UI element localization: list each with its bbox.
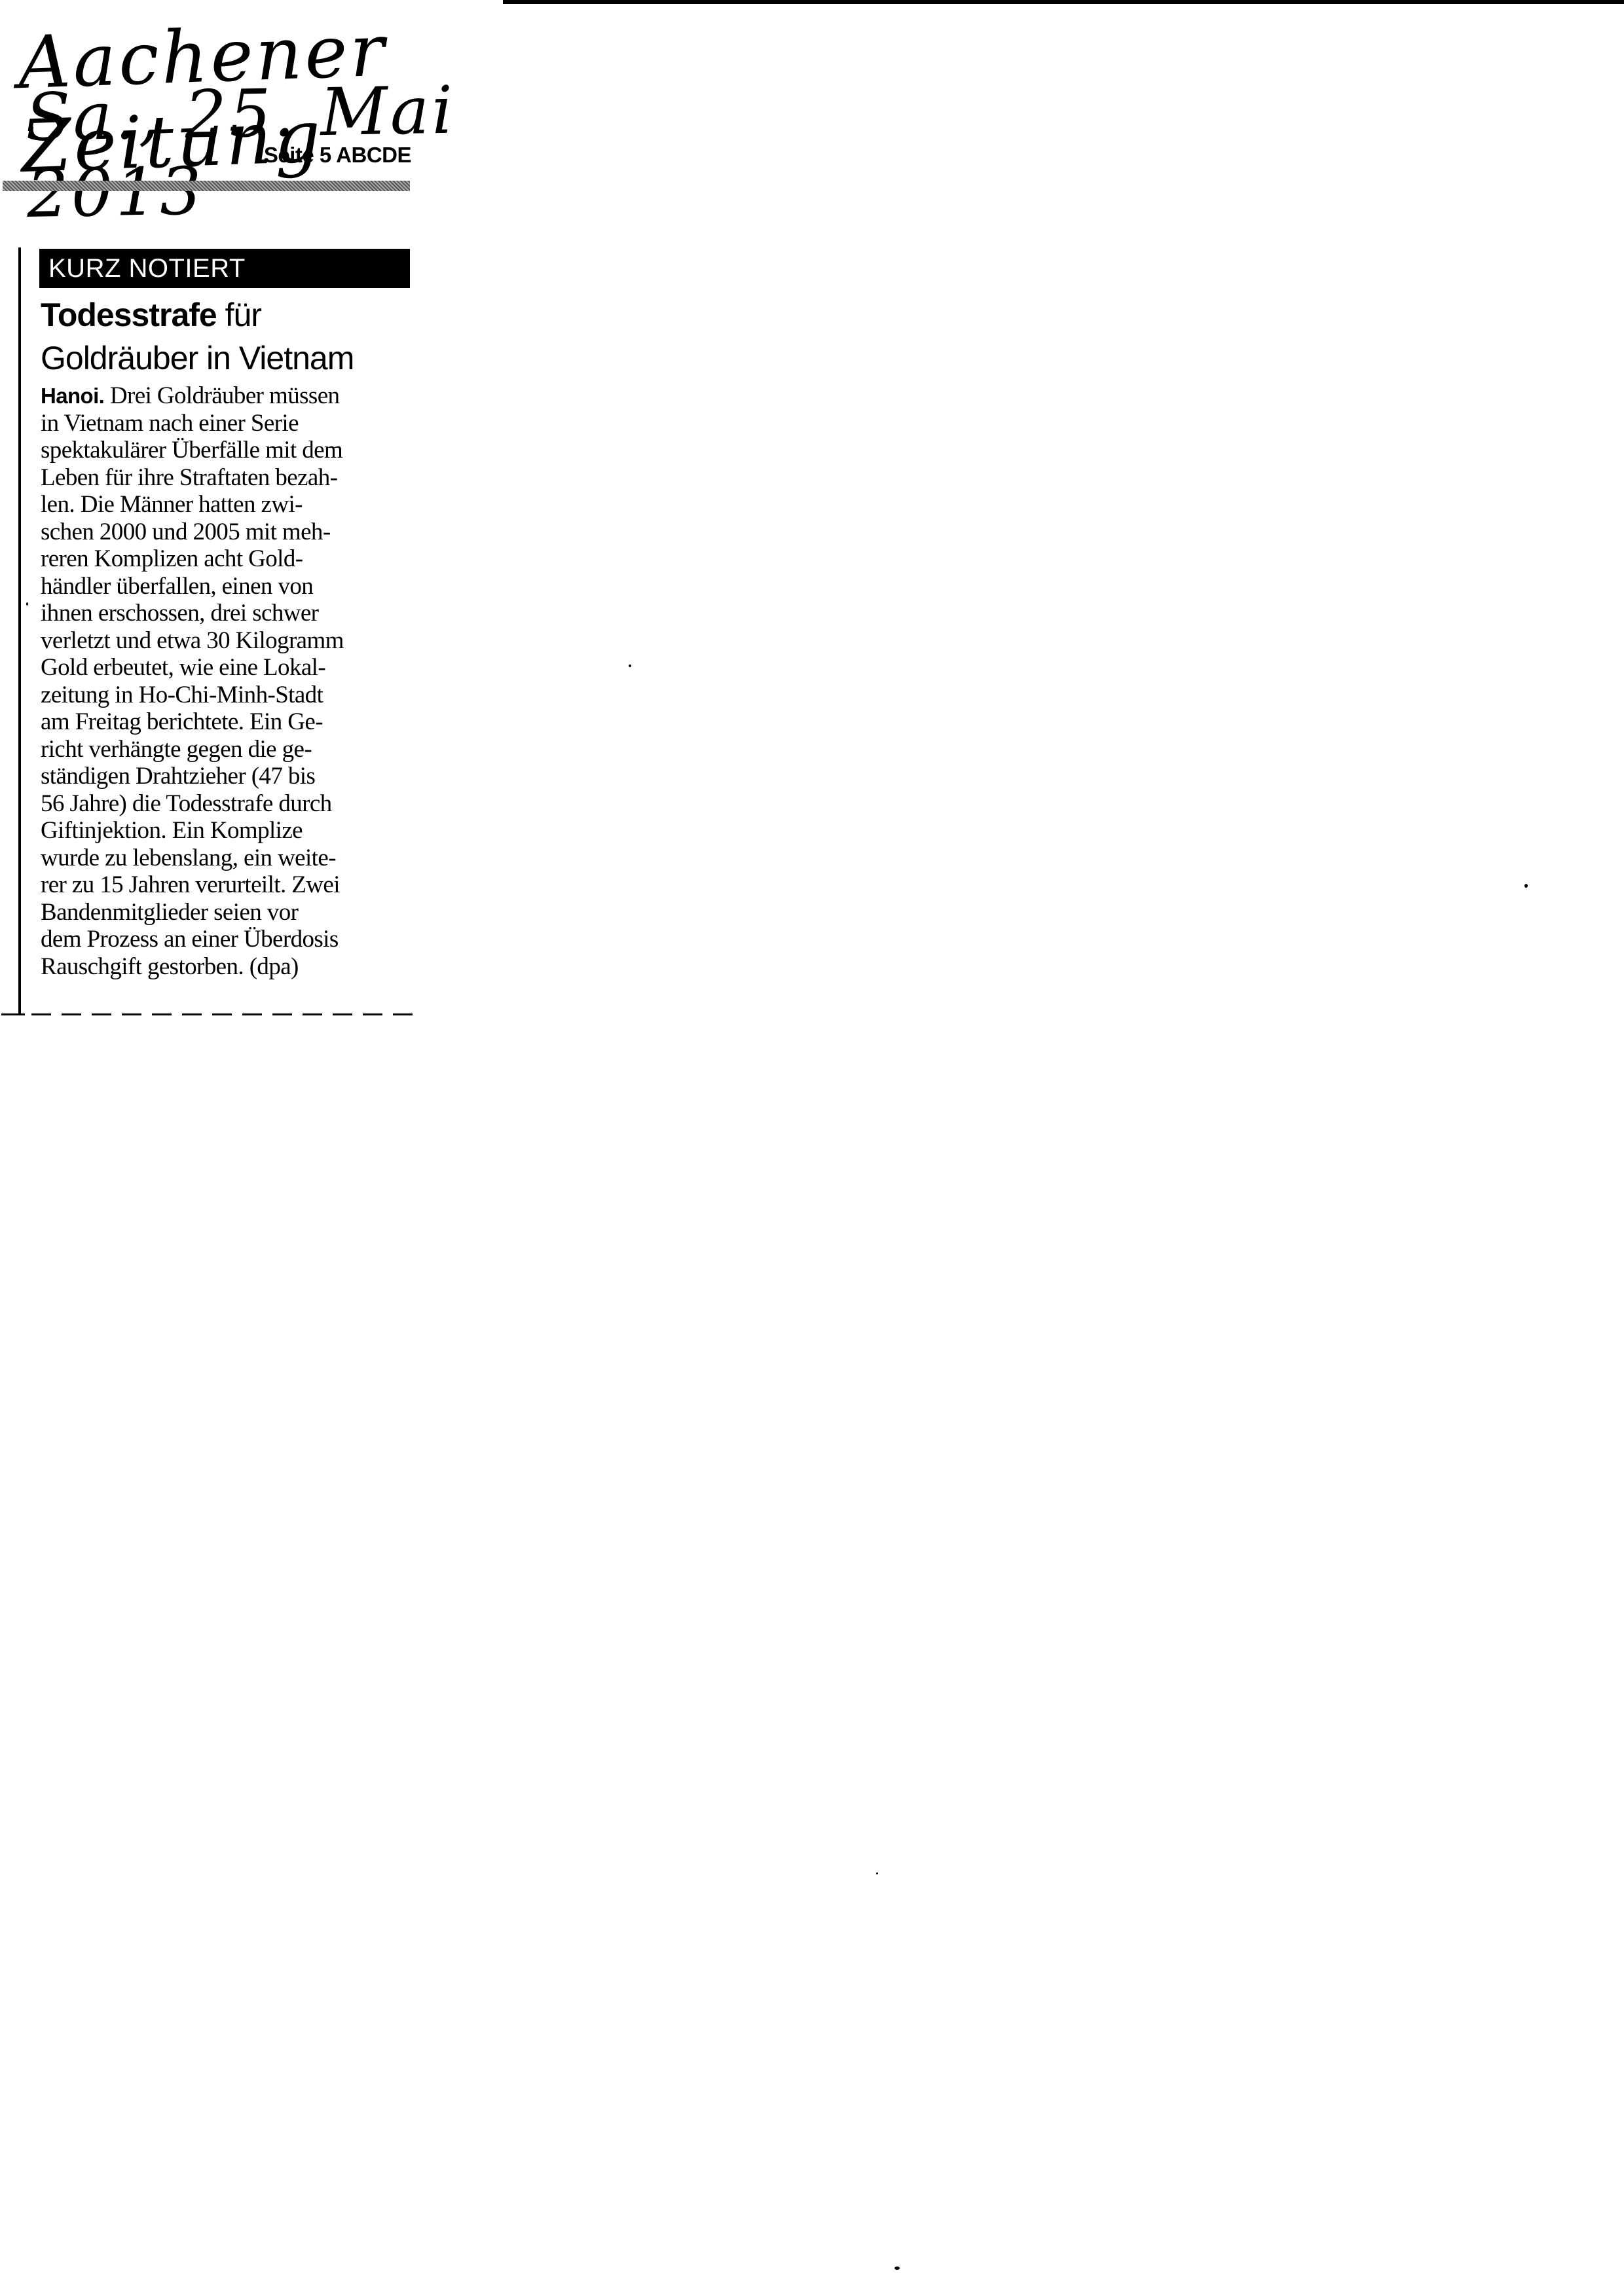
body-line: richt verhängte gegen die ge- [41,736,427,763]
article-headline: Todesstrafe für Goldräuber in Vietnam [41,293,414,380]
body-line: ihnen erschossen, drei schwer [41,600,427,627]
body-line: verletzt und etwa 30 Kilogramm [41,627,427,655]
body-line: rer zu 15 Jahren verurteilt. Zwei [41,871,427,899]
body-line: reren Komplizen acht Gold- [41,545,427,573]
scan-speck [876,1872,878,1874]
dateline: Hanoi. [41,384,104,408]
section-label: KURZ NOTIERT [39,249,410,288]
body-line: len. Die Männer hatten zwi- [41,491,427,519]
body-line: Bandenmitglieder seien vor [41,899,427,926]
body-line: am Freitag berichtete. Ein Ge- [41,708,427,736]
body-line: ständigen Drahtzieher (47 bis [41,763,427,790]
body-line: 56 Jahre) die Todesstrafe durch [41,790,427,818]
scan-speck [1524,884,1528,888]
page-header-rule [3,181,410,191]
page-reference: Seite 5 ABCDE [244,143,411,168]
top-scan-edge-rule [503,0,1624,4]
body-line: Drei Goldräuber müssen [104,382,339,409]
body-line: Rauschgift gestorben. (dpa) [41,953,427,981]
body-line: Gold erbeutet, wie eine Lokal- [41,654,427,682]
headline-bold-part: Todesstrafe [41,297,217,333]
article-body: Hanoi. Drei Goldräuber müssen in Vietnam… [41,382,427,980]
article-bottom-corner [1,1013,25,1015]
headline-regular-part: für [217,297,261,333]
body-line: schen 2000 und 2005 mit meh- [41,519,427,546]
scan-speck [895,2267,900,2270]
body-line: Giftinjektion. Ein Komplize [41,817,427,845]
body-line: zeitung in Ho-Chi-Minh-Stadt [41,682,427,709]
headline-line-2: Goldräuber in Vietnam [41,337,414,380]
body-line: händler überfallen, einen von [41,573,427,600]
body-line: dem Prozess an einer Überdosis [41,926,427,953]
body-line: wurde zu lebenslang, ein weite- [41,845,427,872]
body-line: Leben für ihre Straftaten bezah- [41,464,427,492]
article-bottom-dashed-rule [1,1013,420,1015]
body-line: spektakulärer Überfälle mit dem [41,437,427,464]
scan-speck [629,665,631,667]
body-line: in Vietnam nach einer Serie [41,410,427,437]
article-left-border [18,247,21,1015]
scan-speck [26,602,28,606]
handwritten-source-note: Aachener Zeitung Sa., 25. Mai 2013 [7,7,478,151]
